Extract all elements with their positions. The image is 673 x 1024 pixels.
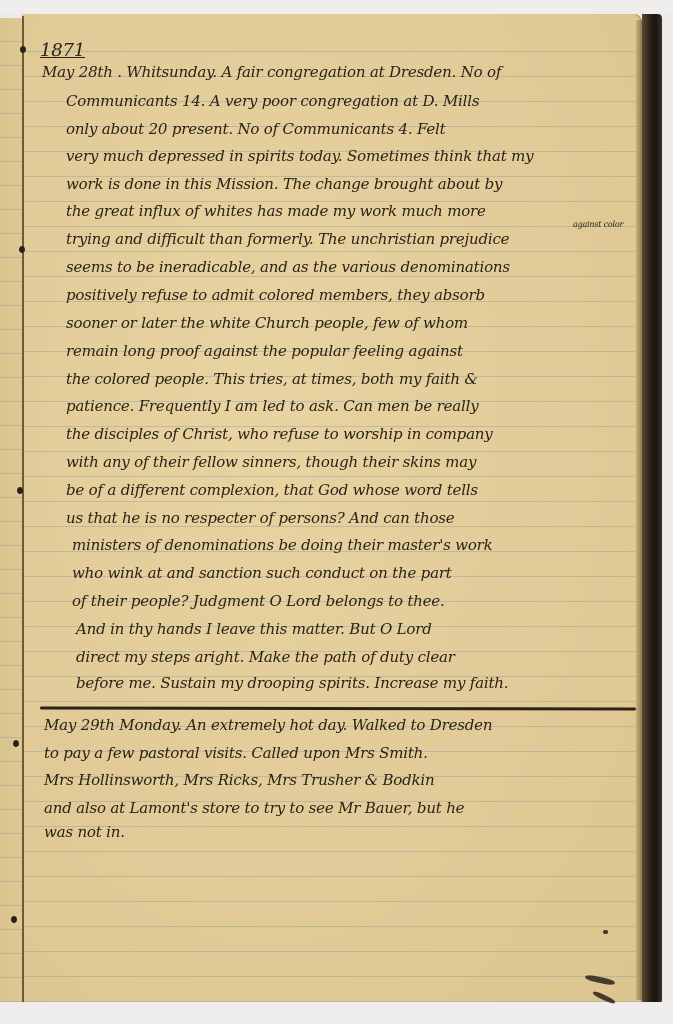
stitch-hole [19, 246, 25, 253]
background-bottom [0, 1002, 673, 1024]
book-binding [642, 14, 662, 1004]
entry-line: May 29th Monday. An extremely hot day. W… [44, 716, 492, 734]
entry-line: with any of their fellow sinners, though… [66, 453, 476, 471]
entry-line: direct my steps aright. Make the path of… [76, 648, 455, 666]
interlinear-note: against color [573, 220, 623, 229]
entry-year: 1871 [40, 40, 85, 61]
gutter-stitch-line [22, 16, 24, 1004]
entry-line: before me. Sustain my drooping spirits. … [76, 674, 508, 692]
entry-line: the disciples of Christ, who refuse to w… [66, 425, 493, 443]
stitch-hole [17, 487, 23, 494]
entry-line: Communicants 14. A very poor congregatio… [66, 92, 479, 110]
entry-line: and also at Lamont's store to try to see… [44, 799, 464, 817]
entry-line: be of a different complexion, that God w… [66, 481, 478, 499]
entry-line: ministers of denominations be doing thei… [72, 536, 493, 554]
entry-line: Mrs Hollinsworth, Mrs Ricks, Mrs Trusher… [44, 771, 434, 789]
entry-line: the great influx of whites has made my w… [66, 202, 486, 220]
entry-line: seems to be ineradicable, and as the var… [66, 258, 510, 276]
entry-line: us that he is no respecter of persons? A… [66, 509, 454, 527]
entry-line: remain long proof against the popular fe… [66, 342, 463, 360]
stitch-hole [13, 740, 19, 747]
entry-line: only about 20 present. No of Communicant… [66, 120, 445, 138]
entry-line: trying and difficult than formerly. The … [66, 230, 509, 248]
entry-line: of their people? Judgment O Lord belongs… [72, 592, 445, 610]
entry-line: was not in. [44, 823, 125, 841]
entry-line: And in thy hands I leave this matter. Bu… [76, 620, 432, 638]
stitch-hole [11, 916, 17, 923]
entry-line: May 28th . Whitsunday. A fair congregati… [42, 63, 501, 81]
entry-line: the colored people. This tries, at times… [66, 370, 478, 388]
entry-line: very much depressed in spirits today. So… [66, 147, 533, 165]
stitch-hole [20, 46, 26, 53]
entry-line: to pay a few pastoral visits. Called upo… [44, 744, 428, 762]
entry-line: positively refuse to admit colored membe… [66, 286, 485, 304]
entry-line: work is done in this Mission. The change… [66, 175, 502, 193]
entry-line: who wink at and sanction such conduct on… [72, 564, 452, 582]
entry-line: patience. Frequently I am led to ask. Ca… [66, 397, 479, 415]
entry-line: sooner or later the white Church people,… [66, 314, 468, 332]
left-page-edge [0, 18, 22, 1002]
background-top [0, 0, 673, 14]
ink-blot [603, 930, 608, 934]
